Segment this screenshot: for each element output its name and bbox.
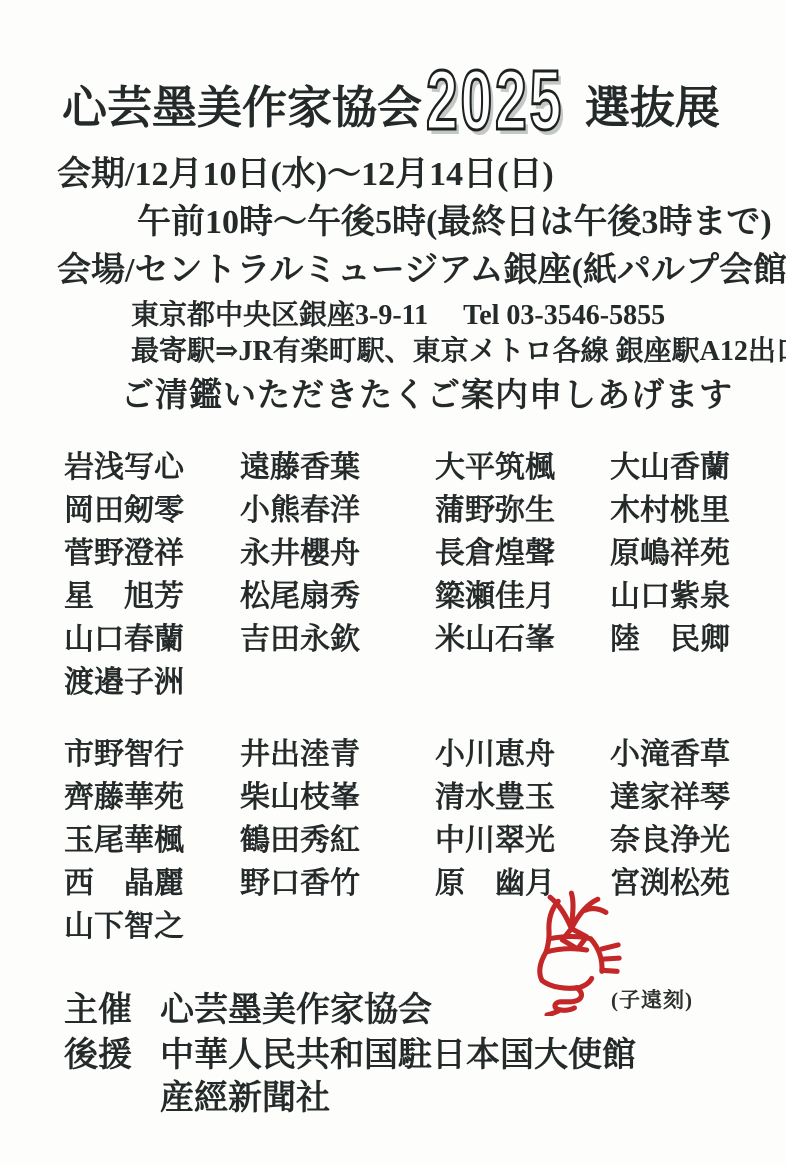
- artist-name: 小川恵舟: [435, 733, 610, 776]
- page-title: 心芸墨美作家協会 2025 選抜展: [62, 52, 720, 143]
- artist-name: 山口春蘭: [64, 618, 240, 661]
- artist-name: 原嶋祥苑: [610, 532, 764, 575]
- artist-name: 小滝香草: [610, 733, 764, 776]
- artist-list-group2: 市野智行井出淕青小川恵舟小滝香草齊藤華苑柴山枝峯清水豊玉達家祥琴玉尾華楓鶴田秀紅…: [64, 733, 764, 948]
- artist-name: 玉尾華楓: [64, 819, 240, 862]
- artist-name: 米山石峯: [435, 618, 610, 661]
- organizer-row: 主催 心芸墨美作家協会: [64, 982, 432, 1031]
- artist-name: 木村桃里: [610, 489, 764, 532]
- supporter-name-2: 産經新聞社: [160, 1070, 330, 1119]
- artist-name: 井出淕青: [240, 733, 435, 776]
- artist-name: 大山香蘭: [610, 446, 764, 489]
- artist-name: 蒲野弥生: [435, 489, 610, 532]
- organizer-label: 主催: [64, 982, 160, 1031]
- artist-name: 菅野澄祥: [64, 532, 240, 575]
- artist-name: 鶴田秀紅: [240, 819, 435, 862]
- seal-caption: (子遠刻): [611, 984, 693, 1014]
- artist-name: 永井櫻舟: [240, 532, 435, 575]
- artist-name: 陸 民卿: [610, 618, 764, 661]
- supporter-name-1: 中華人民共和国駐日本国大使館: [160, 1027, 636, 1076]
- artist-name: 齊藤華苑: [64, 776, 240, 819]
- invitation-message: ご清鑑いただきたくご案内申しあげます: [121, 369, 733, 416]
- supporter-row: 後援 中華人民共和国駐日本国大使館: [64, 1027, 636, 1076]
- artist-name: 長倉煌聲: [435, 532, 610, 575]
- supporter-second-row: 産經新聞社: [64, 1070, 330, 1119]
- artist-name: 野口香竹: [240, 862, 435, 905]
- artist-name: 柴山枝峯: [240, 776, 435, 819]
- supporter-label-spacer: [64, 1070, 160, 1119]
- artist-name: 小熊春洋: [240, 489, 435, 532]
- artist-name: 奈良浄光: [610, 819, 764, 862]
- artist-name: 吉田永欽: [240, 618, 435, 661]
- artist-name: 星 旭芳: [64, 575, 240, 618]
- artist-name: 簗瀬佳月: [435, 575, 610, 618]
- artist-name: 大平筑楓: [435, 446, 610, 489]
- supporter-label: 後援: [64, 1027, 160, 1076]
- artist-name: 岩浅写心: [64, 446, 240, 489]
- artist-name: 渡邉子洲: [64, 661, 240, 704]
- access-info: 最寄駅⇒JR有楽町駅、東京メトロ各線 銀座駅A12出口: [131, 329, 786, 369]
- organizer-name: 心芸墨美作家協会: [160, 982, 432, 1031]
- venue-address: 東京都中央区銀座3-9-11 Tel 03-3546-5855: [131, 293, 665, 333]
- artist-name: 松尾扇秀: [240, 575, 435, 618]
- exhibition-dates: 会期/12月10日(水)～12月14日(日): [57, 146, 554, 195]
- artist-name: 中川翠光: [435, 819, 610, 862]
- venue-name: 会場/セントラルミュージアム銀座(紙パルプ会館5F): [57, 242, 786, 291]
- artist-name: 山口紫泉: [610, 575, 764, 618]
- exhibition-flyer: 心芸墨美作家協会 2025 選抜展 会期/12月10日(水)～12月14日(日)…: [0, 0, 786, 1164]
- title-year-outline: 2025: [426, 58, 564, 142]
- artist-name: 市野智行: [64, 733, 240, 776]
- artist-name: 達家祥琴: [610, 776, 764, 819]
- artist-name: 岡田剱零: [64, 489, 240, 532]
- artist-name: 宮渕松苑: [610, 862, 764, 905]
- title-exhibition-name: 選抜展: [585, 71, 720, 136]
- artist-name: 西 晶麗: [64, 862, 240, 905]
- artist-list-group1: 岩浅写心遠藤香葉大平筑楓大山香蘭岡田剱零小熊春洋蒲野弥生木村桃里菅野澄祥永井櫻舟…: [64, 446, 764, 704]
- artist-name: 遠藤香葉: [240, 446, 435, 489]
- exhibition-hours: 午前10時～午後5時(最終日は午後3時まで): [137, 194, 772, 243]
- title-association-name: 心芸墨美作家協会: [62, 75, 422, 143]
- artist-name: 山下智之: [64, 905, 240, 948]
- artist-name: 清水豊玉: [435, 776, 610, 819]
